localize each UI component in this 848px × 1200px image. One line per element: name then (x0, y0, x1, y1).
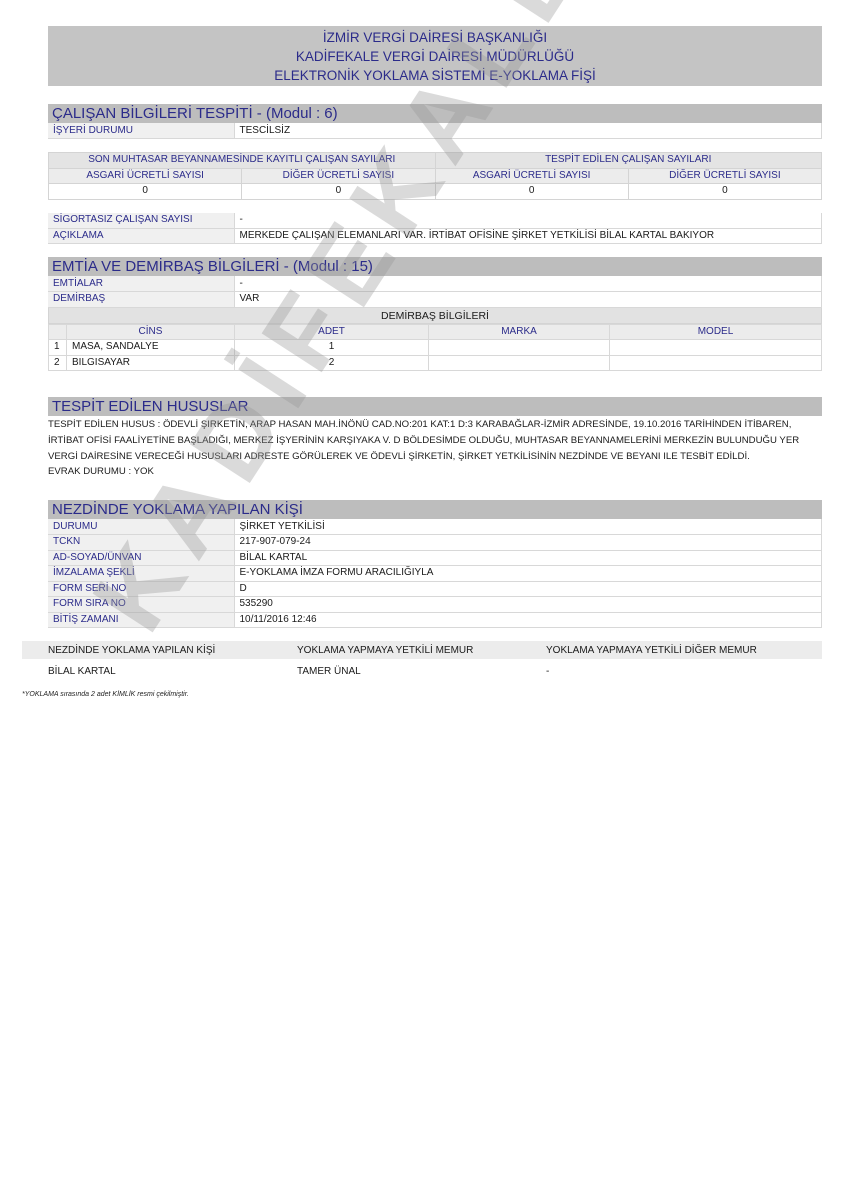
table-row: ASGARİ ÜCRETLİ SAYISI DİĞER ÜCRETLİ SAYI… (49, 168, 822, 184)
signature-headers: NEZDİNDE YOKLAMA YAPILAN KİŞİ YOKLAMA YA… (22, 641, 822, 659)
header-line-1: İZMİR VERGİ DAİRESİ BAŞKANLIĞI (48, 28, 822, 47)
col-header-marka: MARKA (429, 324, 610, 340)
bitis-zamani-value: 10/11/2016 12:46 (234, 612, 822, 628)
demirbas-label: DEMİRBAŞ (48, 292, 234, 308)
table-row: AD-SOYAD/ÜNVANBİLAL KARTAL (48, 550, 822, 566)
signature-value-memur: TAMER ÜNAL (297, 666, 546, 677)
bitis-zamani-label: BİTİŞ ZAMANI (48, 612, 234, 628)
hususlar-text: TESPİT EDİLEN HUSUS : ÖDEVLİ ŞIRKETİN, A… (48, 417, 822, 464)
section-title-calisan: ÇALIŞAN BİLGİLERİ TESPİTİ - (Modul : 6) (48, 104, 822, 123)
row-index: 2 (49, 355, 67, 371)
demirbas-table-title: DEMİRBAŞ BİLGİLERİ (48, 308, 822, 324)
ad-soyad-label: AD-SOYAD/ÜNVAN (48, 550, 234, 566)
ad-soyad-value: BİLAL KARTAL (234, 550, 822, 566)
document-header: İZMİR VERGİ DAİRESİ BAŞKANLIĞI KADİFEKAL… (48, 26, 822, 86)
sigortasiz-table: SİGORTASIZ ÇALIŞAN SAYISI - AÇIKLAMA MER… (48, 213, 822, 245)
col-header-model: MODEL (610, 324, 822, 340)
cell-value: 0 (628, 184, 821, 200)
col-header: ASGARİ ÜCRETLİ SAYISI (435, 168, 628, 184)
table-row: CİNS ADET MARKA MODEL (49, 324, 822, 340)
isyeri-table: İŞYERİ DURUMU TESCİLSİZ (48, 123, 822, 139)
nezdinde-table: DURUMUŞİRKET YETKİLİSİ TCKN217-907-079-2… (48, 519, 822, 628)
table-row: 1 MASA, SANDALYE 1 (49, 340, 822, 356)
aciklama-value: MERKEDE ÇALIŞAN ELEMANLARI VAR. İRTİBAT … (234, 228, 822, 244)
cell-marka (429, 340, 610, 356)
signature-values: BİLAL KARTAL TAMER ÜNAL - (22, 659, 822, 683)
yoklama-document: İZMİR VERGİ DAİRESİ BAŞKANLIĞI KADİFEKAL… (48, 26, 822, 698)
cell-cins: MASA, SANDALYE (67, 340, 235, 356)
section-title-nezdinde: NEZDİNDE YOKLAMA YAPILAN KİŞİ (48, 500, 822, 519)
table-row: İMZALAMA ŞEKLİE-YOKLAMA İMZA FORMU ARACI… (48, 566, 822, 582)
cell-adet: 2 (235, 355, 429, 371)
calisan-sayilari-table: SON MUHTASAR BEYANNAMESİNDE KAYITLI ÇALI… (48, 152, 822, 200)
cell-marka (429, 355, 610, 371)
durumu-value: ŞİRKET YETKİLİSİ (234, 519, 822, 535)
emtialar-label: EMTİALAR (48, 276, 234, 292)
table-row: FORM SIRA NO535290 (48, 597, 822, 613)
isyeri-value: TESCİLSİZ (234, 123, 822, 139)
group-header-tespit: TESPİT EDİLEN ÇALIŞAN SAYILARI (435, 153, 822, 169)
group-header-muhtasar: SON MUHTASAR BEYANNAMESİNDE KAYITLI ÇALI… (49, 153, 436, 169)
table-row: AÇIKLAMA MERKEDE ÇALIŞAN ELEMANLARI VAR.… (48, 228, 822, 244)
aciklama-label: AÇIKLAMA (48, 228, 234, 244)
col-header-cins: CİNS (67, 324, 235, 340)
imzalama-label: İMZALAMA ŞEKLİ (48, 566, 234, 582)
table-row: BİTİŞ ZAMANI10/11/2016 12:46 (48, 612, 822, 628)
cell-model (610, 355, 822, 371)
col-header-adet: ADET (235, 324, 429, 340)
demirbas-table: CİNS ADET MARKA MODEL 1 MASA, SANDALYE 1… (48, 324, 822, 372)
section-title-emtia: EMTİA VE DEMİRBAŞ BİLGİLERİ - (Modul : 1… (48, 257, 822, 276)
table-row: FORM SERİ NOD (48, 581, 822, 597)
form-seri-label: FORM SERİ NO (48, 581, 234, 597)
table-row: 0 0 0 0 (49, 184, 822, 200)
imzalama-value: E-YOKLAMA İMZA FORMU ARACILIĞIYLA (234, 566, 822, 582)
col-header: DİĞER ÜCRETLİ SAYISI (242, 168, 435, 184)
row-index: 1 (49, 340, 67, 356)
cell-value: 0 (435, 184, 628, 200)
evrak-durumu: EVRAK DURUMU : YOK (48, 464, 822, 480)
table-row: EMTİALAR - (48, 276, 822, 292)
signature-value-diger-memur: - (546, 666, 549, 677)
footnote: *YOKLAMA sırasında 2 adet KİMLİK resmi ç… (22, 691, 822, 698)
tckn-label: TCKN (48, 535, 234, 551)
emtia-table: EMTİALAR - DEMİRBAŞ VAR (48, 276, 822, 308)
col-header-index (49, 324, 67, 340)
table-row: 2 BILGISAYAR 2 (49, 355, 822, 371)
table-row: DEMİRBAŞ VAR (48, 292, 822, 308)
table-row: DURUMUŞİRKET YETKİLİSİ (48, 519, 822, 535)
header-line-2: KADİFEKALE VERGİ DAİRESİ MÜDÜRLÜĞÜ (48, 47, 822, 66)
cell-adet: 1 (235, 340, 429, 356)
table-row: İŞYERİ DURUMU TESCİLSİZ (48, 123, 822, 139)
table-row: SON MUHTASAR BEYANNAMESİNDE KAYITLI ÇALI… (49, 153, 822, 169)
hususlar-body: TESPİT EDİLEN HUSUS : ÖDEVLİ ŞIRKETİN, A… (48, 416, 822, 480)
col-header: DİĞER ÜCRETLİ SAYISI (628, 168, 821, 184)
signature-value-kisi: BİLAL KARTAL (48, 666, 297, 677)
sigortasiz-value: - (234, 213, 822, 229)
cell-model (610, 340, 822, 356)
durumu-label: DURUMU (48, 519, 234, 535)
table-row: TCKN217-907-079-24 (48, 535, 822, 551)
table-row: SİGORTASIZ ÇALIŞAN SAYISI - (48, 213, 822, 229)
header-line-3: ELEKTRONİK YOKLAMA SİSTEMİ E-YOKLAMA FİŞ… (48, 66, 822, 85)
tckn-value: 217-907-079-24 (234, 535, 822, 551)
cell-value: 0 (242, 184, 435, 200)
form-sira-label: FORM SIRA NO (48, 597, 234, 613)
form-sira-value: 535290 (234, 597, 822, 613)
emtialar-value: - (234, 276, 822, 292)
cell-cins: BILGISAYAR (67, 355, 235, 371)
signature-header-kisi: NEZDİNDE YOKLAMA YAPILAN KİŞİ (48, 645, 297, 656)
sigortasiz-label: SİGORTASIZ ÇALIŞAN SAYISI (48, 213, 234, 229)
isyeri-label: İŞYERİ DURUMU (48, 123, 234, 139)
section-title-hususlar: TESPİT EDİLEN HUSUSLAR (48, 397, 822, 416)
cell-value: 0 (49, 184, 242, 200)
form-seri-value: D (234, 581, 822, 597)
signature-header-memur: YOKLAMA YAPMAYA YETKİLİ MEMUR (297, 645, 546, 656)
signature-header-diger-memur: YOKLAMA YAPMAYA YETKİLİ DİĞER MEMUR (546, 645, 757, 656)
col-header: ASGARİ ÜCRETLİ SAYISI (49, 168, 242, 184)
demirbas-value: VAR (234, 292, 822, 308)
